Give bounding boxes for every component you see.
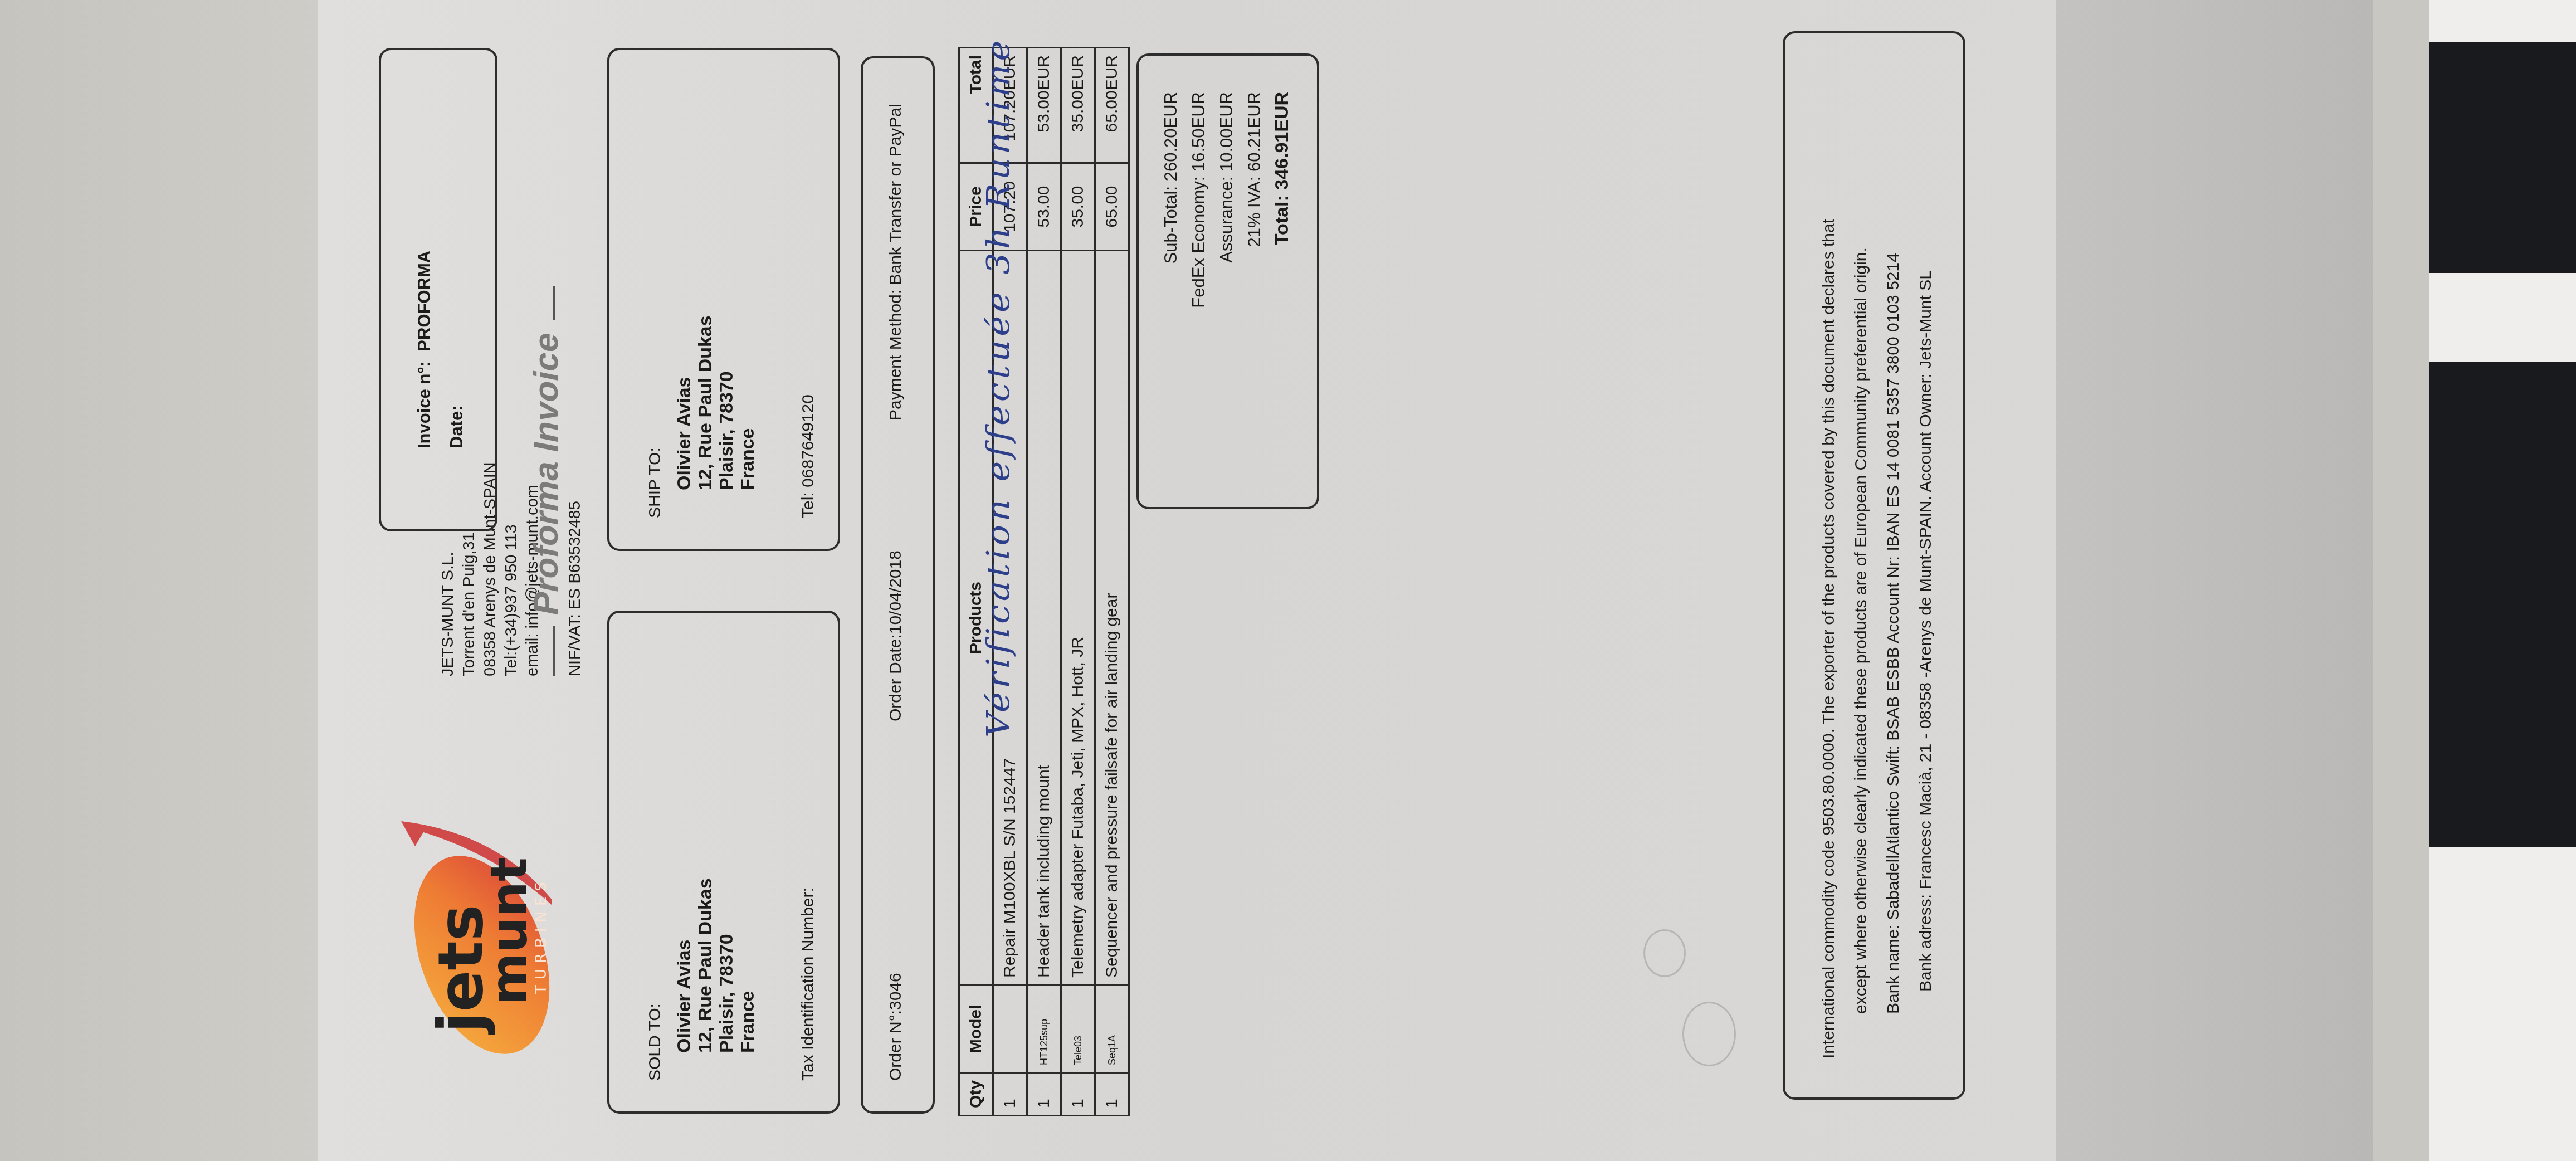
- row-total: 35.00EUR: [1061, 48, 1095, 163]
- svg-text:munt: munt: [480, 857, 539, 1005]
- shipping-cost: FedEx Economy: 16.50EUR: [1189, 92, 1209, 308]
- vat-amount: 21% IVA: 60.21EUR: [1245, 92, 1265, 247]
- jets-munt-logo: jets munt TURBINES: [384, 810, 568, 1066]
- order-date: Order Date:10/04/2018: [886, 550, 905, 721]
- document-title: Proforma Invoice: [526, 333, 566, 615]
- invoice-number: Invoice n°: PROFORMA: [414, 251, 435, 448]
- row-total: 65.00EUR: [1095, 48, 1129, 163]
- invoice-date-label: Date:: [447, 405, 467, 448]
- sold-to-box: SOLD TO: Olivier Avias 12, Rue Paul Duka…: [607, 611, 840, 1114]
- totals-box: Sub-Total: 260.20EUR FedEx Economy: 16.5…: [1136, 53, 1319, 509]
- grand-total: Total: 346.91EUR: [1271, 92, 1293, 245]
- row-product: Header tank including mount: [1027, 251, 1061, 986]
- title-rule: [553, 626, 555, 676]
- sold-to-street: 12, Rue Paul Dukas: [695, 878, 716, 1053]
- background-fabric: [2429, 0, 2576, 1161]
- bank-details: Bank name: SabadellAtlantico Swift: BSAB…: [1884, 253, 1903, 1014]
- row-qty: 1: [1027, 1072, 1061, 1115]
- sold-to-address: Olivier Avias 12, Rue Paul Dukas Plaisir…: [674, 878, 758, 1053]
- col-model: Model: [959, 985, 993, 1072]
- fabric-stripe: [2429, 362, 2576, 847]
- row-qty: 1: [993, 1072, 1027, 1115]
- ship-to-name: Olivier Avias: [674, 315, 695, 490]
- ship-to-phone: Tel: 0687649120: [799, 394, 818, 518]
- invoice-page: jets munt TURBINES JETS-MUNT S.L. Torren…: [318, 0, 2056, 1161]
- footer-box: International commodity code 9503.80.000…: [1783, 31, 1965, 1100]
- order-number: Order N°:3046: [886, 973, 905, 1081]
- order-info-box: Order N°:3046 Order Date:10/04/2018 Paym…: [861, 56, 935, 1114]
- table-row: 1HT125supHeader tank including mount53.0…: [1027, 48, 1061, 1116]
- table-row: 1Tele03Telemetry adapter Futaba, Jeti, M…: [1061, 48, 1095, 1116]
- row-product: Sequencer and pressure failsafe for air …: [1095, 251, 1129, 986]
- ship-to-country: France: [737, 315, 758, 490]
- fabric-stripe: [2429, 42, 2576, 273]
- row-qty: 1: [1095, 1072, 1129, 1115]
- origin-declaration: except where otherwise clearly indicated…: [1852, 247, 1871, 1014]
- subtotal: Sub-Total: 260.20EUR: [1161, 92, 1181, 264]
- bank-address: Bank adress: Francesc Macià, 21 - 08358 …: [1916, 270, 1935, 992]
- invoice-number-label: Invoice n°:: [414, 361, 434, 448]
- table-row: 1Seq1ASequencer and pressure failsafe fo…: [1095, 48, 1129, 1116]
- ship-to-street: 12, Rue Paul Dukas: [695, 315, 716, 490]
- assurance-cost: Assurance: 10.00EUR: [1217, 92, 1237, 263]
- table-surface: [0, 0, 334, 1161]
- company-tel: Tel:(+34)937 950 113: [501, 462, 522, 676]
- row-price: 65.00: [1095, 163, 1129, 251]
- row-model: Tele03: [1061, 985, 1095, 1072]
- sold-to-name: Olivier Avias: [674, 878, 695, 1053]
- row-model: Seq1A: [1095, 985, 1129, 1072]
- title-rule: [553, 286, 555, 320]
- tax-id-label: Tax Identification Number:: [799, 887, 818, 1081]
- commodity-declaration: International commodity code 9503.80.000…: [1819, 219, 1838, 1058]
- invoice-number-value: PROFORMA: [414, 251, 434, 352]
- row-price: 53.00: [1027, 163, 1061, 251]
- col-qty: Qty: [959, 1072, 993, 1115]
- payment-method: Payment Method: Bank Transfer or PayPal: [886, 104, 905, 421]
- handwritten-note: Vérification effectuée 3h Runtime: [980, 37, 1017, 738]
- ship-to-address: Olivier Avias 12, Rue Paul Dukas Plaisir…: [674, 315, 758, 490]
- row-model: [993, 985, 1027, 1072]
- row-model: HT125sup: [1027, 985, 1061, 1072]
- row-total: 53.00EUR: [1027, 48, 1061, 163]
- svg-text:TURBINES: TURBINES: [533, 876, 550, 994]
- faint-stamp-mark: [1643, 929, 1686, 977]
- row-price: 35.00: [1061, 163, 1095, 251]
- ship-to-city: Plaisir, 78370: [716, 315, 737, 490]
- invoice-number-box: Invoice n°: PROFORMA Date:: [379, 48, 497, 531]
- row-product: Telemetry adapter Futaba, Jeti, MPX, Hot…: [1061, 251, 1095, 986]
- sold-to-country: France: [737, 878, 758, 1053]
- sold-to-city: Plaisir, 78370: [716, 878, 737, 1053]
- sold-to-label: SOLD TO:: [646, 1003, 665, 1081]
- ship-to-box: SHIP TO: Olivier Avias 12, Rue Paul Duka…: [607, 48, 840, 551]
- row-qty: 1: [1061, 1072, 1095, 1115]
- document-title-row: Proforma Invoice: [526, 52, 571, 676]
- ship-to-label: SHIP TO:: [646, 447, 665, 518]
- underlying-paper: [2045, 0, 2373, 1161]
- faint-stamp-mark: [1682, 1002, 1736, 1066]
